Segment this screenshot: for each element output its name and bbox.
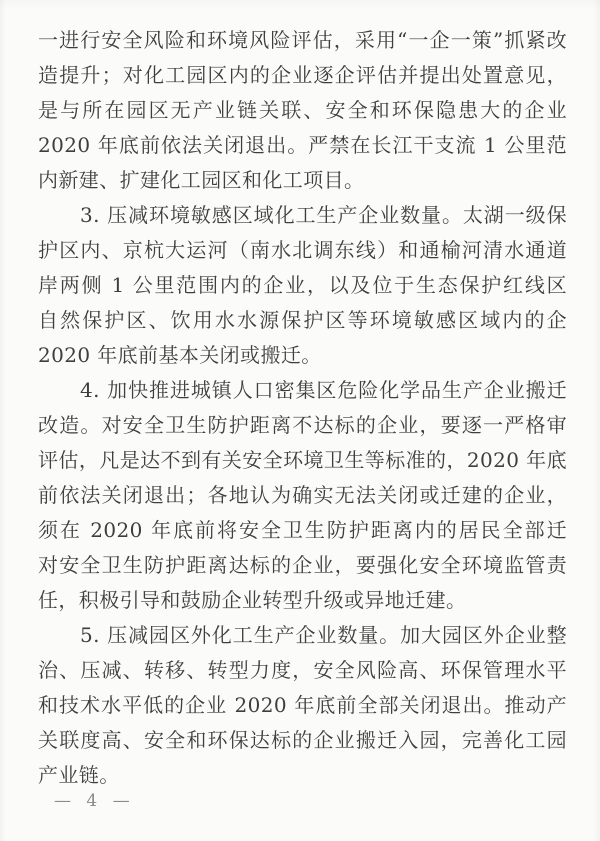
text-line: 前依法关闭退出；各地认为确实无法关闭或迁建的企业，必 [38, 478, 567, 513]
text-line: 2020 年底前基本关闭或搬迁。 [38, 338, 567, 373]
text-line: 是与所在园区无产业链关联、安全和环保隐患大的企业 [38, 93, 567, 128]
text-line: 造提升；对化工园区内的企业逐企评估并提出处置意见，凡 [38, 58, 567, 93]
text-line: 2020 年底前依法关闭退出。严禁在长江干支流 1 公里范围 [38, 128, 567, 163]
text-line: 产业链。 [38, 758, 567, 793]
item-5-heading-line: 5. 压减园区外化工生产企业数量。加大园区外企业整 [38, 618, 567, 653]
text-line: 治、压减、转移、转型力度，安全风险高、环保管理水平差 [38, 653, 567, 688]
page-number: — 4 — [54, 790, 135, 812]
text-line: 任，积极引导和鼓励企业转型升级或异地迁建。 [38, 583, 567, 618]
text-line: 护区内、京杭大运河（南水北调东线）和通榆河清水通道沿 [38, 233, 567, 268]
text-line: 岸两侧 1 公里范围内的企业，以及位于生态保护红线区域、 [38, 268, 567, 303]
text-line: 和技术水平低的企业 2020 年底前全部关闭退出。推动产业 [38, 688, 567, 723]
document-page: 一进行安全风险和环境风险评估，采用“一企一策”抓紧改 造提升；对化工园区内的企业… [0, 0, 600, 841]
text-line: 须在 2020 年底前将安全卫生防护距离内的居民全部迁出。 [38, 513, 567, 548]
item-4-heading-line: 4. 加快推进城镇人口密集区危险化学品生产企业搬迁 [38, 373, 567, 408]
text-line: 一进行安全风险和环境风险评估，采用“一企一策”抓紧改 [38, 23, 567, 58]
text-line: 自然保护区、饮用水水源保护区等环境敏感区域内的企业， [38, 303, 567, 338]
document-body: 一进行安全风险和环境风险评估，采用“一企一策”抓紧改 造提升；对化工园区内的企业… [38, 23, 567, 793]
text-line: 对安全卫生防护距离达标的企业，要强化安全环境监管责 [38, 548, 567, 583]
item-3-heading-line: 3. 压减环境敏感区域化工生产企业数量。太湖一级保 [38, 198, 567, 233]
text-line: 内新建、扩建化工园区和化工项目。 [38, 163, 567, 198]
text-line: 评估，凡是达不到有关安全环境卫生等标准的，2020 年底 [38, 443, 567, 478]
text-line: 改造。对安全卫生防护距离不达标的企业，要逐一严格审查 [38, 408, 567, 443]
text-line: 关联度高、安全和环保达标的企业搬迁入园，完善化工园区 [38, 723, 567, 758]
